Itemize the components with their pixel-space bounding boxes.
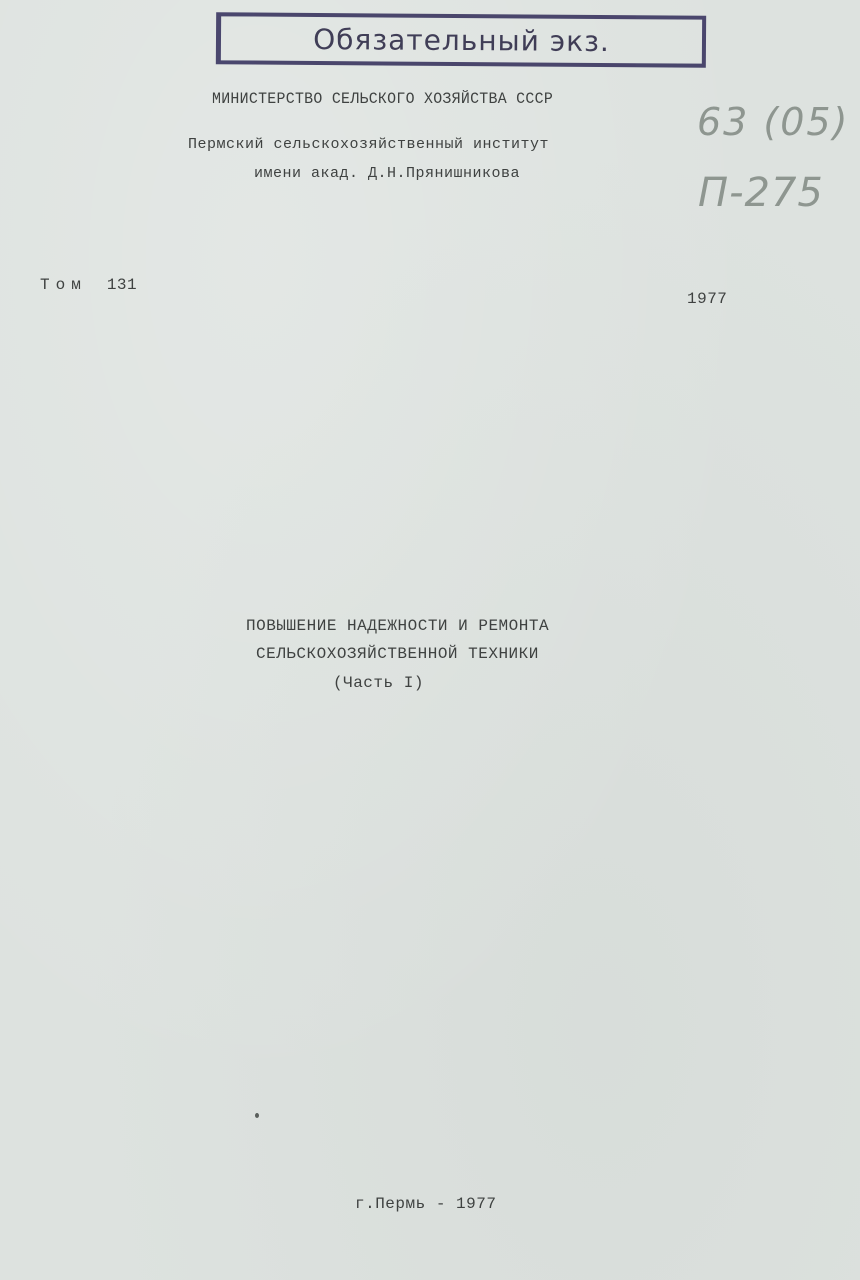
volume-number: Том131: [40, 276, 137, 294]
ministry-heading: МИНИСТЕРСТВО СЕЛЬСКОГО ХОЗЯЙСТВА СССР: [212, 90, 553, 108]
imprint-place-year: г.Пермь - 1977: [355, 1195, 496, 1213]
mandatory-copy-stamp: Обязательный экз.: [216, 12, 706, 67]
shelf-mark-classification: 63 (05): [697, 100, 849, 144]
shelf-mark-code: П-275: [698, 170, 824, 216]
volume-label: Том: [40, 276, 87, 294]
title-part: (Часть I): [333, 674, 424, 692]
publication-year: 1977: [687, 290, 727, 308]
document-page: Обязательный экз. МИНИСТЕРСТВО СЕЛЬСКОГО…: [0, 0, 860, 1280]
institute-dedication: имени акад. Д.Н.Прянишникова: [254, 165, 520, 182]
paper-speck: [255, 1113, 259, 1118]
stamp-text: Обязательный экз.: [221, 22, 702, 58]
title-line-1: ПОВЫШЕНИЕ НАДЕЖНОСТИ И РЕМОНТА: [246, 617, 549, 635]
title-line-2: СЕЛЬСКОХОЗЯЙСТВЕННОЙ ТЕХНИКИ: [256, 645, 539, 663]
institute-name: Пермский сельскохозяйственный институт: [188, 136, 549, 153]
volume-value: 131: [107, 276, 137, 294]
